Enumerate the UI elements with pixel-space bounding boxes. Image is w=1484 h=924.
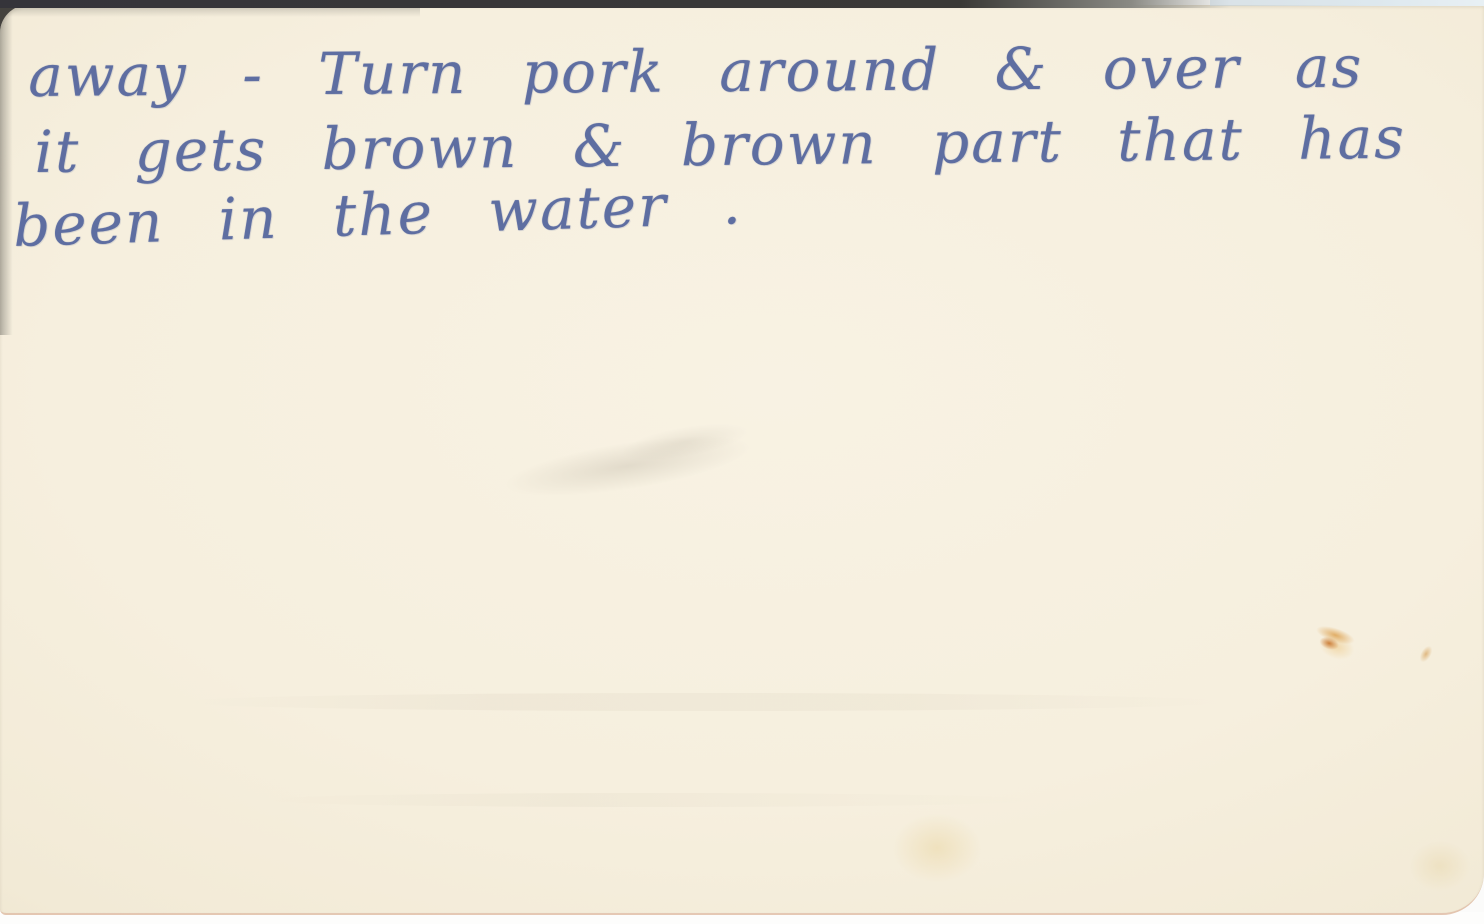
press-through-ghost-streak — [180, 693, 1230, 711]
scan-edge-top-right — [1210, 0, 1484, 6]
yellow-stain — [892, 813, 982, 883]
index-card: away - Turn pork around & over as it get… — [0, 5, 1484, 915]
scanned-page: away - Turn pork around & over as it get… — [0, 0, 1484, 924]
handwriting-line-1: away - Turn pork around & over as — [28, 32, 1363, 111]
scan-edge-top — [0, 0, 1230, 8]
card-left-edge-shadow — [0, 5, 14, 335]
rust-stain — [1308, 616, 1365, 665]
yellow-stain-corner — [1410, 841, 1470, 891]
rust-stain-small — [1414, 640, 1439, 667]
press-through-ghost-streak-2 — [260, 793, 1040, 807]
